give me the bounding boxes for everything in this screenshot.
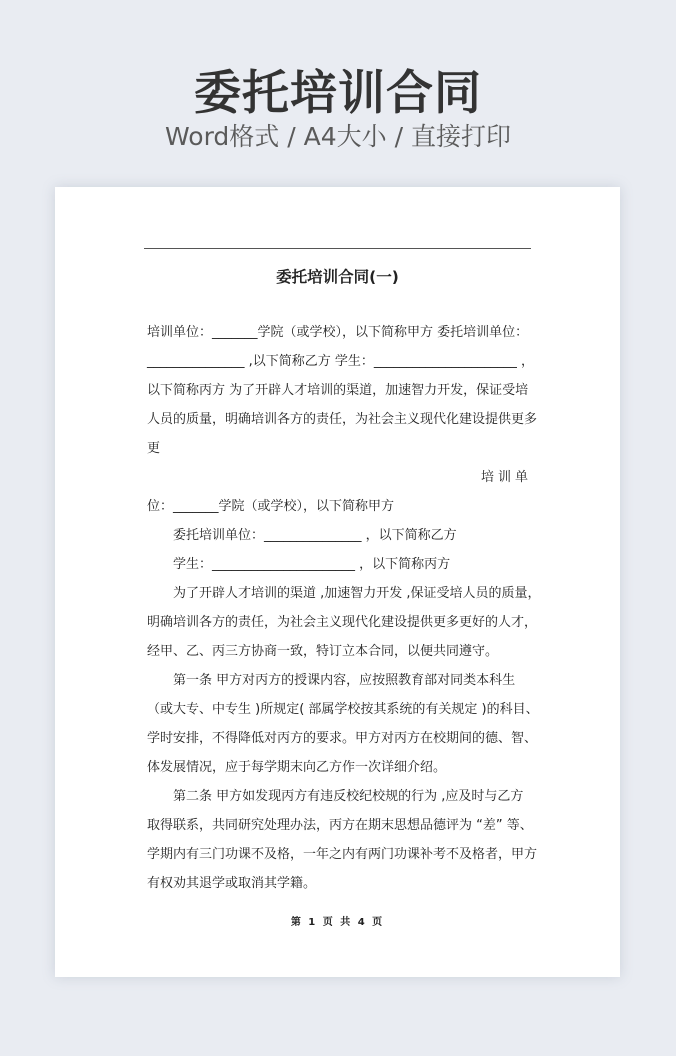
page-number: 第 1 页 共 4 页 xyxy=(55,913,620,928)
body-line: 以下简称丙方 为了开辟人才培训的渠道，加速智力开发，保证受培 xyxy=(147,376,532,405)
banner-subtitle: Word格式 / A4大小 / 直接打印 xyxy=(0,120,676,154)
body-line: _______________ ,以下简称乙方 学生：_____________… xyxy=(147,347,532,376)
article-1-line: 第一条 甲方对丙方的授课内容，应按照教育部对同类本科生 xyxy=(147,666,532,695)
body-line: 位：_______学院（或学校），以下简称甲方 xyxy=(147,492,532,521)
header-rule xyxy=(144,248,531,249)
document-title: 委托培训合同(一) xyxy=(55,265,620,287)
body-line: 明确培训各方的责任，为社会主义现代化建设提供更多更好的人才， xyxy=(147,608,532,637)
article-2-line: 学期内有三门功课不及格，一年之内有两门功课补考不及格者，甲方 xyxy=(147,840,532,869)
body-line: 培训单 xyxy=(147,463,532,492)
document-body: 培训单位：_______学院（或学校），以下简称甲方 委托培训单位： _____… xyxy=(147,318,532,898)
article-2-line: 有权劝其退学或取消其学籍。 xyxy=(147,869,532,898)
body-line: 人员的质量，明确培训各方的责任，为社会主义现代化建设提供更多 xyxy=(147,405,532,434)
body-line: 学生：______________________ ，以下简称丙方 xyxy=(147,550,532,579)
body-line: 为了开辟人才培训的渠道 ,加速智力开发 ,保证受培人员的质量， xyxy=(147,579,532,608)
article-2-line: 第二条 甲方如发现丙方有违反校纪校规的行为 ,应及时与乙方 xyxy=(147,782,532,811)
article-1-line: （或大专、中专生 )所规定( 部属学校按其系统的有关规定 )的科目、 xyxy=(147,695,532,724)
document-page: 委托培训合同(一) 培训单位：_______学院（或学校），以下简称甲方 委托培… xyxy=(55,187,620,977)
article-1-line: 体发展情况，应于每学期末向乙方作一次详细介绍。 xyxy=(147,753,532,782)
body-line: 培训单位：_______学院（或学校），以下简称甲方 委托培训单位： xyxy=(147,318,532,347)
banner-title: 委托培训合同 xyxy=(0,66,676,122)
article-1-line: 学时安排，不得降低对丙方的要求。甲方对丙方在校期间的德、智、 xyxy=(147,724,532,753)
body-line: 委托培训单位：_______________ ，以下简称乙方 xyxy=(147,521,532,550)
body-line: 更 xyxy=(147,434,532,463)
article-2-line: 取得联系，共同研究处理办法，丙方在期末思想品德评为 “差” 等、 xyxy=(147,811,532,840)
body-line: 经甲、乙、丙三方协商一致，特订立本合同，以便共同遵守。 xyxy=(147,637,532,666)
